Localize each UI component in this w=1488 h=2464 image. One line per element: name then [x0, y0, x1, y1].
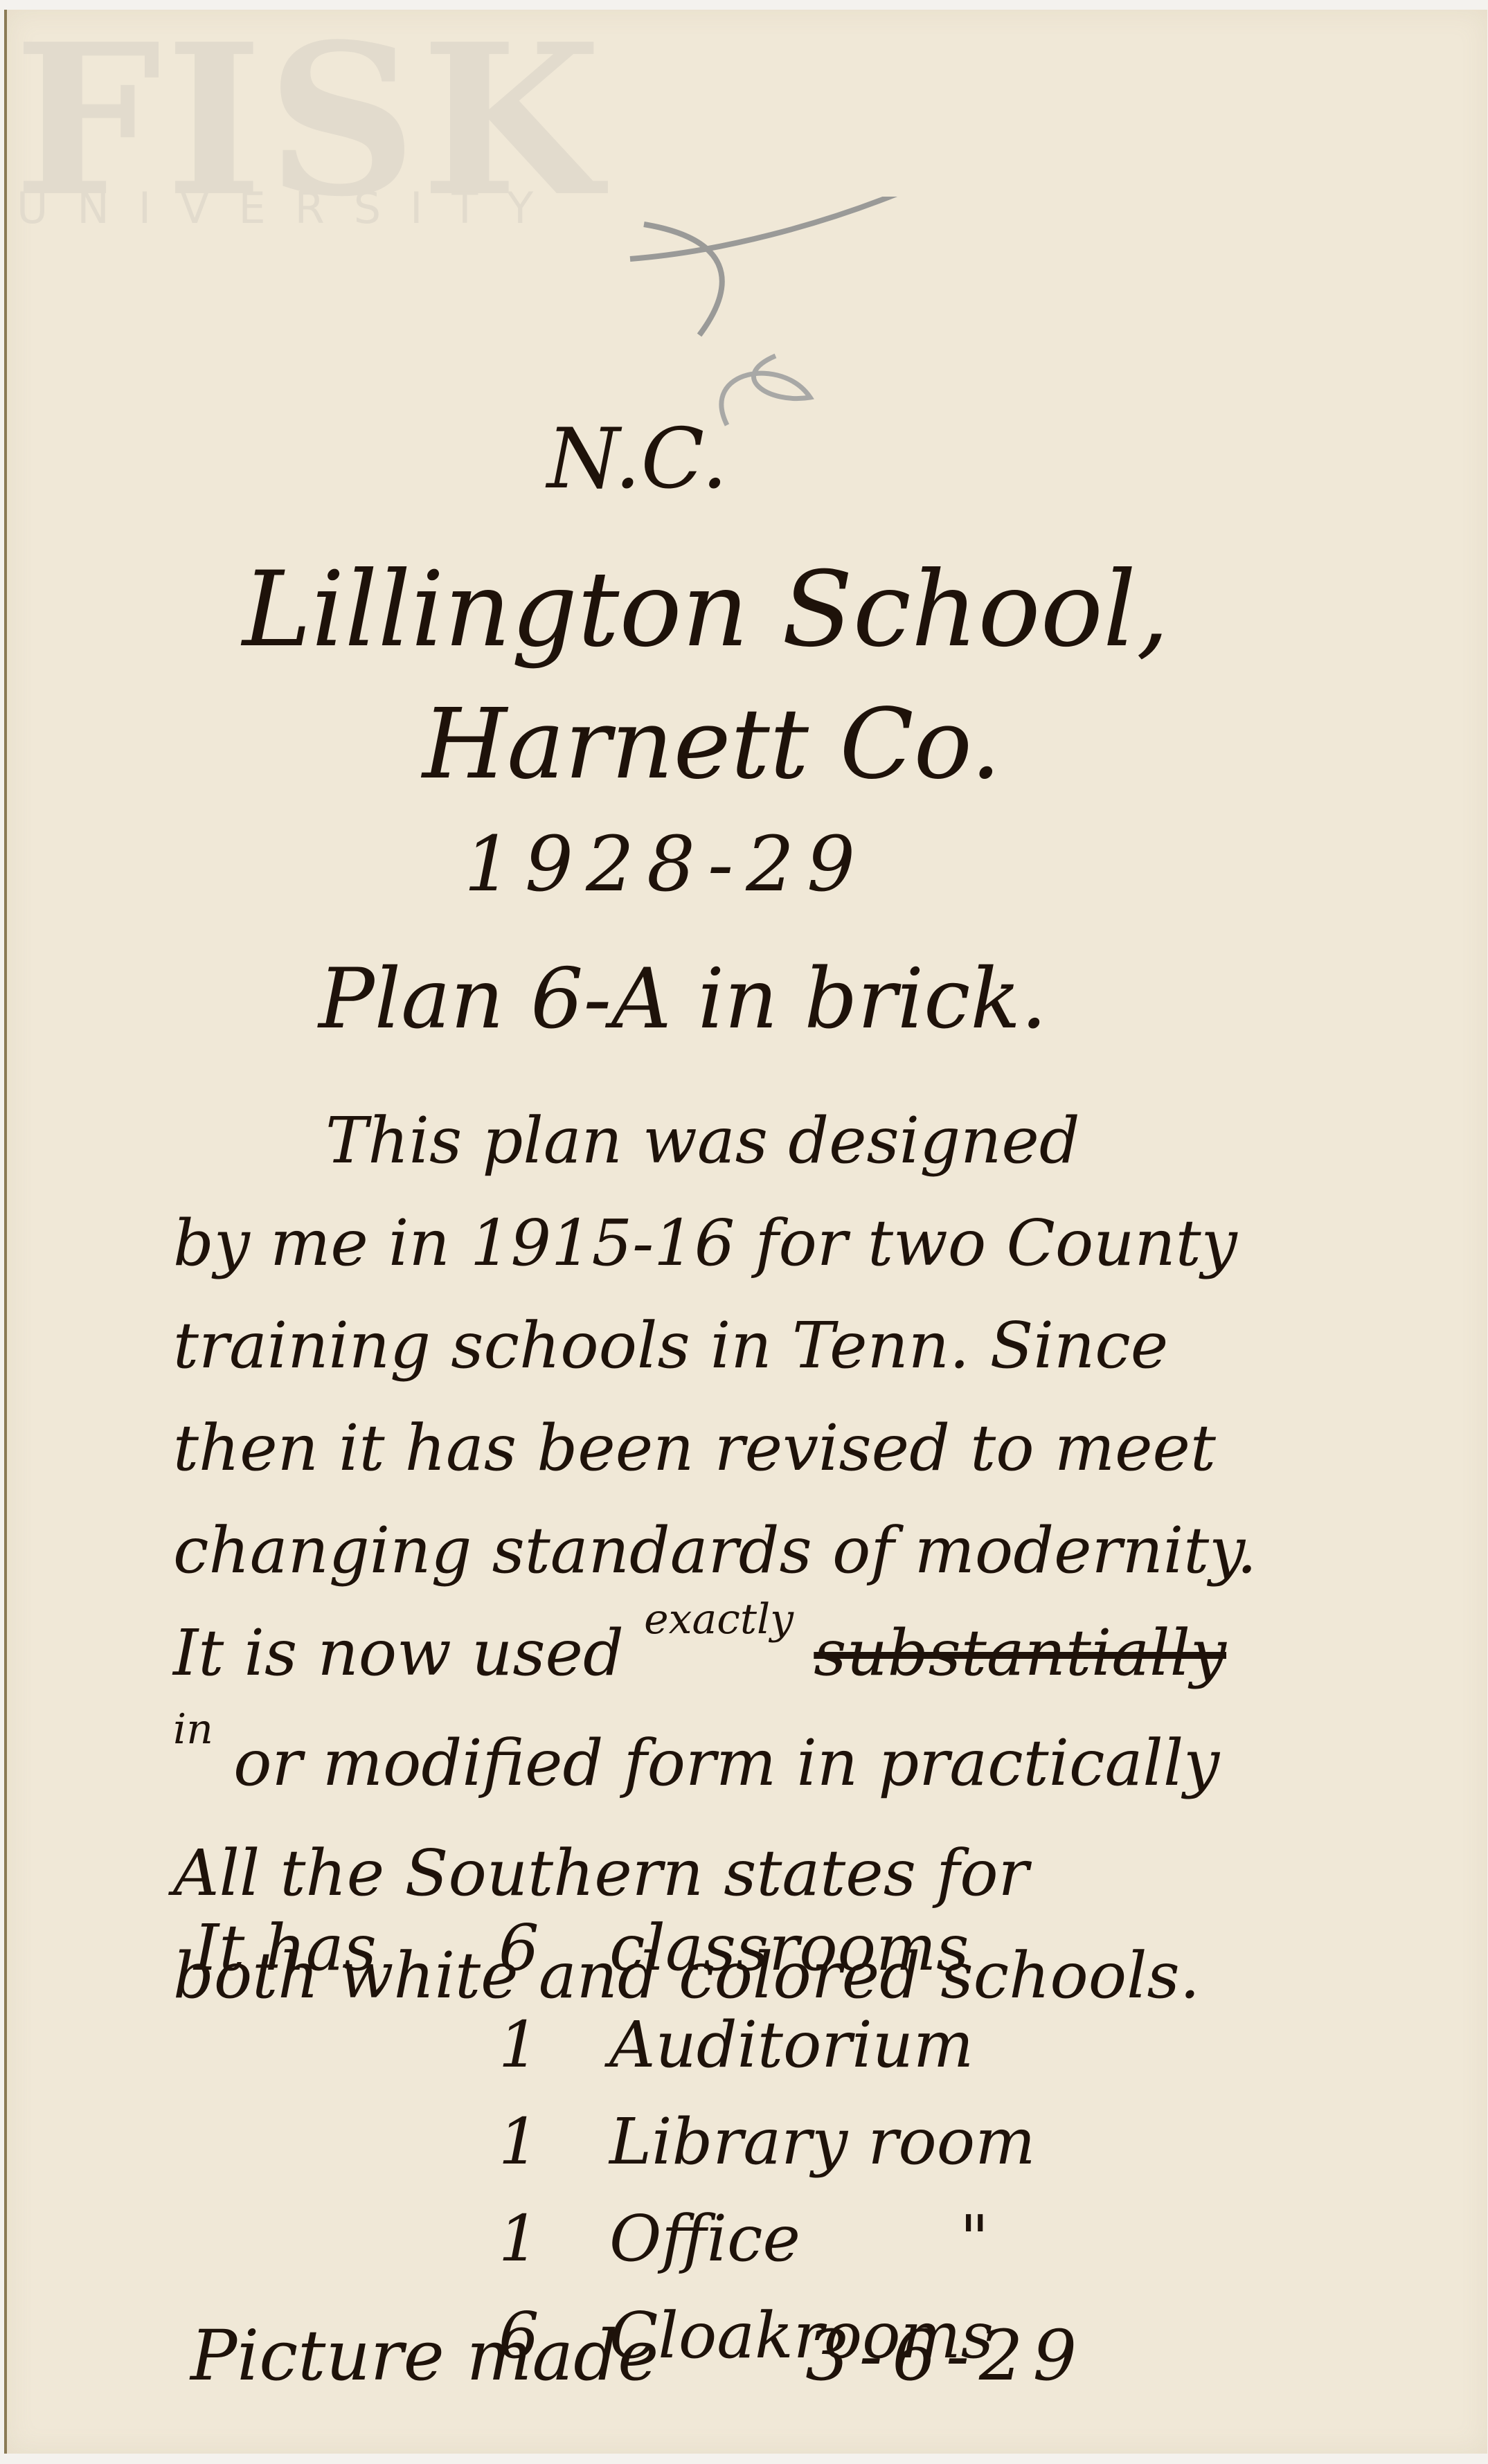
picture-label: Picture made [190, 2315, 658, 2396]
paragraph-line: then it has been revised to meet [173, 1397, 1257, 1500]
list-item: 1 Auditorium [194, 1997, 1035, 2094]
watermark-subtitle: UNIVERSITY [17, 183, 562, 233]
school-years: 1928-29 [464, 820, 868, 908]
list-item: 1 Office " [194, 2191, 1035, 2287]
ditto-mark: " [800, 2191, 989, 2287]
list-lead: It has [194, 1900, 499, 1997]
list-item: 1 Library room [194, 2094, 1035, 2191]
archival-note-card: FISK UNIVERSITY N.C. Lillington School, … [4, 10, 1487, 2454]
list-item: It has 6 classrooms [194, 1900, 1035, 1997]
struck-word: substantially [814, 1616, 1226, 1690]
picture-date: 3-6-29 [681, 2315, 1086, 2396]
paragraph-line: This plan was designed [173, 1090, 1257, 1192]
description-paragraph: This plan was designed by me in 1915-16 … [173, 1090, 1257, 2027]
inserted-word: in [173, 1705, 213, 1754]
county-name: Harnett Co. [422, 688, 1001, 801]
paragraph-line: changing standards of modernity. [173, 1500, 1257, 1602]
picture-date-line: Picture made 3-6-29 [190, 2315, 1086, 2396]
inserted-word: exactly [644, 1595, 794, 1644]
paragraph-line-edited: It is now used exactly substantially [173, 1602, 1257, 1712]
paragraph-line: training schools in Tenn. Since [173, 1295, 1257, 1397]
paragraph-line: by me in 1915-16 for two County [173, 1192, 1257, 1295]
paragraph-line: in or modified form in practically [173, 1712, 1257, 1822]
room-list: It has 6 classrooms 1 Auditorium 1 Libra… [194, 1900, 1035, 2384]
state-heading: N.C. [547, 411, 728, 507]
school-name: Lillington School, [242, 550, 1169, 670]
plan-label: Plan 6-A in brick. [319, 951, 1047, 1047]
